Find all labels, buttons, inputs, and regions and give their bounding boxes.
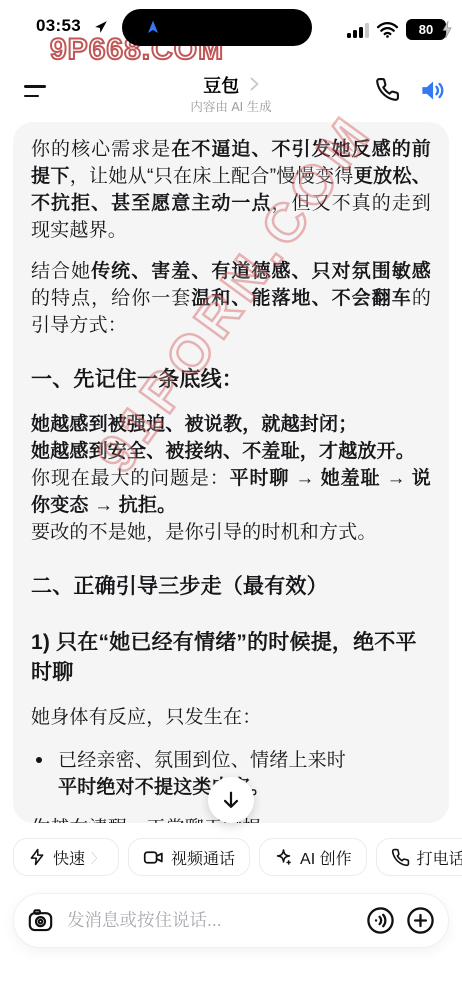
toolbar-chip-label: 打电话 [417,846,462,869]
approach-paragraph: 结合她传统、害羞、有道德感、只对氛围敏感的特点，给你一套温和、能落地、不会翻车的… [31,258,431,339]
sparkle-icon [274,848,293,867]
camera-icon [27,907,54,934]
charging-bolt-icon [441,20,453,39]
section-1-heading: 一、先记住一条底线： [31,365,431,395]
text-segment: 她越感到安全、被接纳、不羞耻，才越放开。 [31,441,415,462]
speaker-button[interactable] [419,77,446,107]
chevron-right-icon [250,77,259,91]
scroll-to-bottom-button[interactable] [208,777,254,823]
battery-indicator: 80 [406,19,446,40]
text-segment: ，让她从“只在床上配合”慢慢变得 [70,166,354,187]
text-segment: 你现在最大的问题是： [31,468,230,489]
camera-button[interactable] [27,907,54,934]
wifi-icon [376,21,399,38]
text-segment: 已经亲密、氛围到位、情绪上来时 [58,750,346,771]
section-1-body: 她越感到被强迫、被说教，就越封闭；她越感到安全、被接纳、不羞耻，才越放开。你现在… [31,411,431,546]
text-segment: 她越感到被强迫、被说教，就越封闭； [31,414,357,435]
voice-wave-icon [366,906,395,935]
ai-message-card[interactable]: 你的核心需求是在不逼迫、不引发她反感的前提下，让她从“只在床上配合”慢慢变得更放… [13,122,449,823]
text-segment: 结合她 [31,261,91,282]
text-segment: 温和、能落地、不会翻车 [191,288,411,309]
doubao-chat-screen: { "colors": { "accent_blue": "#3478F6", … [0,0,462,1000]
toolbar-chip-quick[interactable]: 快速〉 [13,838,119,876]
page-title: 豆包 [203,76,239,96]
bullet-text: 已经亲密、氛围到位、情绪上来时平时绝对不提这类内容。 [58,750,346,798]
attachment-plus-button[interactable] [406,906,435,935]
chevron-right-icon: 〉 [91,848,104,867]
speaker-on-icon [419,77,446,104]
bullet-dot [36,757,42,763]
message-input[interactable] [65,909,355,932]
text-segment: 要改的不是她，是你引导的时机和方式。 [31,522,377,543]
location-arrow-icon [94,20,108,34]
video-icon [143,847,164,868]
status-bar: 03:53 80 [0,0,462,54]
chat-header: 豆包 内容由 AI 生成 [0,70,462,118]
text-segment: 你的核心需求是 [31,139,171,160]
toolbar-chip-label: 快速 [53,846,85,869]
intro-paragraph: 你的核心需求是在不逼迫、不引发她反感的前提下，让她从“只在床上配合”慢慢变得更放… [31,136,431,244]
message-blocks: 你的核心需求是在不逼迫、不引发她反感的前提下，让她从“只在床上配合”慢慢变得更放… [31,136,431,823]
toolbar-chip-ai-create[interactable]: AI 创作 [259,838,367,876]
toolbar-chip-label: 视频通话 [171,846,235,869]
arrow-down-icon [220,789,242,811]
flash-icon [28,848,46,866]
text-segment: 1) 只在“她已经有情绪”的时候提，绝不平时聊 [31,631,417,684]
quick-actions-bar: 快速〉视频通话AI 创作打电话A [13,838,462,878]
toolbar-chip-label: AI 创作 [300,846,352,869]
location-active-icon [145,19,161,35]
phone-icon [375,77,400,102]
text-segment: 二、正确引导三步走（最有效） [31,575,328,598]
text-segment: 她身体有反应，只发生在： [31,707,261,728]
voice-call-button[interactable] [375,77,400,105]
step-1-intro: 她身体有反应，只发生在： [31,704,431,731]
cellular-signal-icon [347,22,369,38]
text-segment: 一、先记住一条底线： [31,368,243,391]
toolbar-chip-phone-call[interactable]: 打电话 [376,838,462,876]
dynamic-island [122,9,312,46]
battery-percent: 80 [419,22,433,37]
message-composer [13,893,449,948]
voice-mode-button[interactable] [366,906,395,935]
clock: 03:53 [36,16,81,36]
toolbar-chip-video-call[interactable]: 视频通话 [128,838,250,876]
phone-icon [391,848,410,867]
text-segment: 传统、害羞、有道德感、只对氛围敏感 [91,261,431,282]
step-1-heading: 1) 只在“她已经有情绪”的时候提，绝不平时聊 [31,628,431,688]
plus-circle-icon [406,906,435,935]
text-segment: 的特点，给你一套 [31,288,191,309]
section-2-heading: 二、正确引导三步走（最有效） [31,572,431,602]
